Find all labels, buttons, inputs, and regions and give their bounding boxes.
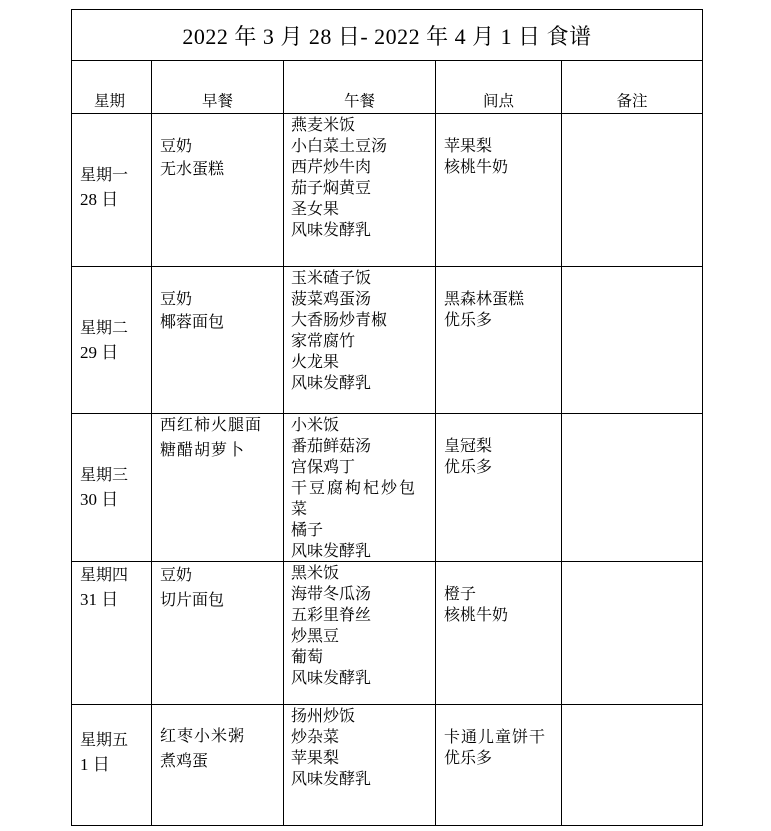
lunch-cell: 扬州炒饭 炒杂菜 苹果梨 风味发酵乳 — [284, 705, 436, 826]
breakfast-item: 西红柿火腿面 — [160, 414, 283, 435]
lunch-item: 玉米碴子饭 — [291, 267, 435, 288]
notes-cell — [562, 562, 703, 705]
snack-item: 黑森林蛋糕 — [444, 288, 561, 309]
snack-item: 卡通儿童饼干 — [444, 726, 561, 747]
weekday-label: 星期二 — [80, 317, 151, 338]
breakfast-item: 煮鸡蛋 — [160, 750, 283, 771]
breakfast-item: 豆奶 — [160, 288, 283, 309]
lunch-item: 炒黑豆 — [291, 625, 435, 646]
lunch-item: 茄子焖黄豆 — [291, 177, 435, 198]
menu-title: 2022 年 3 月 28 日- 2022 年 4 月 1 日 食谱 — [72, 10, 703, 61]
breakfast-item: 无水蛋糕 — [160, 158, 283, 179]
breakfast-item: 红枣小米粥 — [160, 725, 283, 746]
lunch-item: 黑米饭 — [291, 562, 435, 583]
snack-cell: 黑森林蛋糕 优乐多 — [436, 267, 562, 414]
snack-item: 优乐多 — [444, 747, 561, 768]
snack-item: 优乐多 — [444, 456, 561, 477]
lunch-item: 扬州炒饭 — [291, 705, 435, 726]
lunch-item: 炒杂菜 — [291, 726, 435, 747]
lunch-item: 圣女果 — [291, 198, 435, 219]
lunch-item: 风味发酵乳 — [291, 372, 435, 393]
snack-item: 橙子 — [444, 583, 561, 604]
breakfast-cell: 西红柿火腿面 糖醋胡萝卜 — [152, 414, 284, 562]
day-cell: 星期三 30 日 — [72, 414, 152, 562]
lunch-item: 西芹炒牛肉 — [291, 156, 435, 177]
lunch-item: 番茄鲜菇汤 — [291, 435, 435, 456]
lunch-item: 菜 — [291, 498, 435, 519]
header-snack: 间点 — [436, 61, 562, 114]
header-breakfast: 早餐 — [152, 61, 284, 114]
table-row-friday: 星期五 1 日 红枣小米粥 煮鸡蛋 扬州炒饭 炒杂菜 苹果梨 风味发酵乳 卡通儿… — [72, 705, 703, 826]
header-day: 星期 — [72, 61, 152, 114]
lunch-item: 菠菜鸡蛋汤 — [291, 288, 435, 309]
weekly-menu-table: 2022 年 3 月 28 日- 2022 年 4 月 1 日 食谱 星期 早餐… — [71, 9, 703, 826]
lunch-item: 风味发酵乳 — [291, 219, 435, 240]
lunch-item: 燕麦米饭 — [291, 114, 435, 135]
lunch-item: 风味发酵乳 — [291, 667, 435, 688]
day-cell: 星期四 31 日 — [72, 562, 152, 705]
weekday-label: 星期五 — [80, 729, 151, 750]
header-lunch: 午餐 — [284, 61, 436, 114]
day-cell: 星期二 29 日 — [72, 267, 152, 414]
header-notes: 备注 — [562, 61, 703, 114]
weekday-label: 星期四 — [80, 564, 151, 585]
lunch-item: 火龙果 — [291, 351, 435, 372]
weekday-label: 星期一 — [80, 164, 151, 185]
date-label: 28 日 — [80, 189, 151, 210]
snack-cell: 苹果梨 核桃牛奶 — [436, 114, 562, 267]
lunch-item: 小白菜土豆汤 — [291, 135, 435, 156]
breakfast-cell: 豆奶 椰蓉面包 — [152, 267, 284, 414]
lunch-item: 小米饭 — [291, 414, 435, 435]
lunch-cell: 小米饭 番茄鲜菇汤 宫保鸡丁 干豆腐枸杞炒包 菜 橘子 风味发酵乳 — [284, 414, 436, 562]
lunch-item: 海带冬瓜汤 — [291, 583, 435, 604]
lunch-item: 家常腐竹 — [291, 330, 435, 351]
snack-item: 苹果梨 — [444, 135, 561, 156]
breakfast-item: 豆奶 — [160, 564, 283, 585]
lunch-cell: 黑米饭 海带冬瓜汤 五彩里脊丝 炒黑豆 葡萄 风味发酵乳 — [284, 562, 436, 705]
table-row-monday: 星期一 28 日 豆奶 无水蛋糕 燕麦米饭 小白菜土豆汤 西芹炒牛肉 茄子焖黄豆… — [72, 114, 703, 267]
lunch-cell: 燕麦米饭 小白菜土豆汤 西芹炒牛肉 茄子焖黄豆 圣女果 风味发酵乳 — [284, 114, 436, 267]
breakfast-cell: 豆奶 无水蛋糕 — [152, 114, 284, 267]
notes-cell — [562, 114, 703, 267]
date-label: 29 日 — [80, 342, 151, 363]
date-label: 30 日 — [80, 489, 151, 510]
snack-cell: 皇冠梨 优乐多 — [436, 414, 562, 562]
lunch-item: 风味发酵乳 — [291, 540, 435, 561]
breakfast-cell: 豆奶 切片面包 — [152, 562, 284, 705]
weekday-label: 星期三 — [80, 464, 151, 485]
lunch-item: 风味发酵乳 — [291, 768, 435, 789]
breakfast-cell: 红枣小米粥 煮鸡蛋 — [152, 705, 284, 826]
breakfast-item: 切片面包 — [160, 589, 283, 610]
table-row-tuesday: 星期二 29 日 豆奶 椰蓉面包 玉米碴子饭 菠菜鸡蛋汤 大香肠炒青椒 家常腐竹… — [72, 267, 703, 414]
snack-item: 皇冠梨 — [444, 435, 561, 456]
title-row: 2022 年 3 月 28 日- 2022 年 4 月 1 日 食谱 — [72, 10, 703, 61]
table-row-wednesday: 星期三 30 日 西红柿火腿面 糖醋胡萝卜 小米饭 番茄鲜菇汤 宫保鸡丁 干豆腐… — [72, 414, 703, 562]
breakfast-item: 糖醋胡萝卜 — [160, 439, 283, 460]
breakfast-item: 豆奶 — [160, 135, 283, 156]
lunch-item: 宫保鸡丁 — [291, 456, 435, 477]
snack-item: 优乐多 — [444, 309, 561, 330]
snack-item: 核桃牛奶 — [444, 604, 561, 625]
date-label: 1 日 — [80, 754, 151, 775]
lunch-item: 橘子 — [291, 519, 435, 540]
date-label: 31 日 — [80, 589, 151, 610]
table-row-thursday: 星期四 31 日 豆奶 切片面包 黑米饭 海带冬瓜汤 五彩里脊丝 炒黑豆 葡萄 … — [72, 562, 703, 705]
snack-item: 核桃牛奶 — [444, 156, 561, 177]
lunch-item: 五彩里脊丝 — [291, 604, 435, 625]
lunch-cell: 玉米碴子饭 菠菜鸡蛋汤 大香肠炒青椒 家常腐竹 火龙果 风味发酵乳 — [284, 267, 436, 414]
notes-cell — [562, 705, 703, 826]
notes-cell — [562, 414, 703, 562]
day-cell: 星期五 1 日 — [72, 705, 152, 826]
lunch-item: 大香肠炒青椒 — [291, 309, 435, 330]
lunch-item: 苹果梨 — [291, 747, 435, 768]
header-row: 星期 早餐 午餐 间点 备注 — [72, 61, 703, 114]
snack-cell: 卡通儿童饼干 优乐多 — [436, 705, 562, 826]
breakfast-item: 椰蓉面包 — [160, 311, 283, 332]
lunch-item: 干豆腐枸杞炒包 — [291, 477, 435, 498]
lunch-item: 葡萄 — [291, 646, 435, 667]
snack-cell: 橙子 核桃牛奶 — [436, 562, 562, 705]
day-cell: 星期一 28 日 — [72, 114, 152, 267]
notes-cell — [562, 267, 703, 414]
